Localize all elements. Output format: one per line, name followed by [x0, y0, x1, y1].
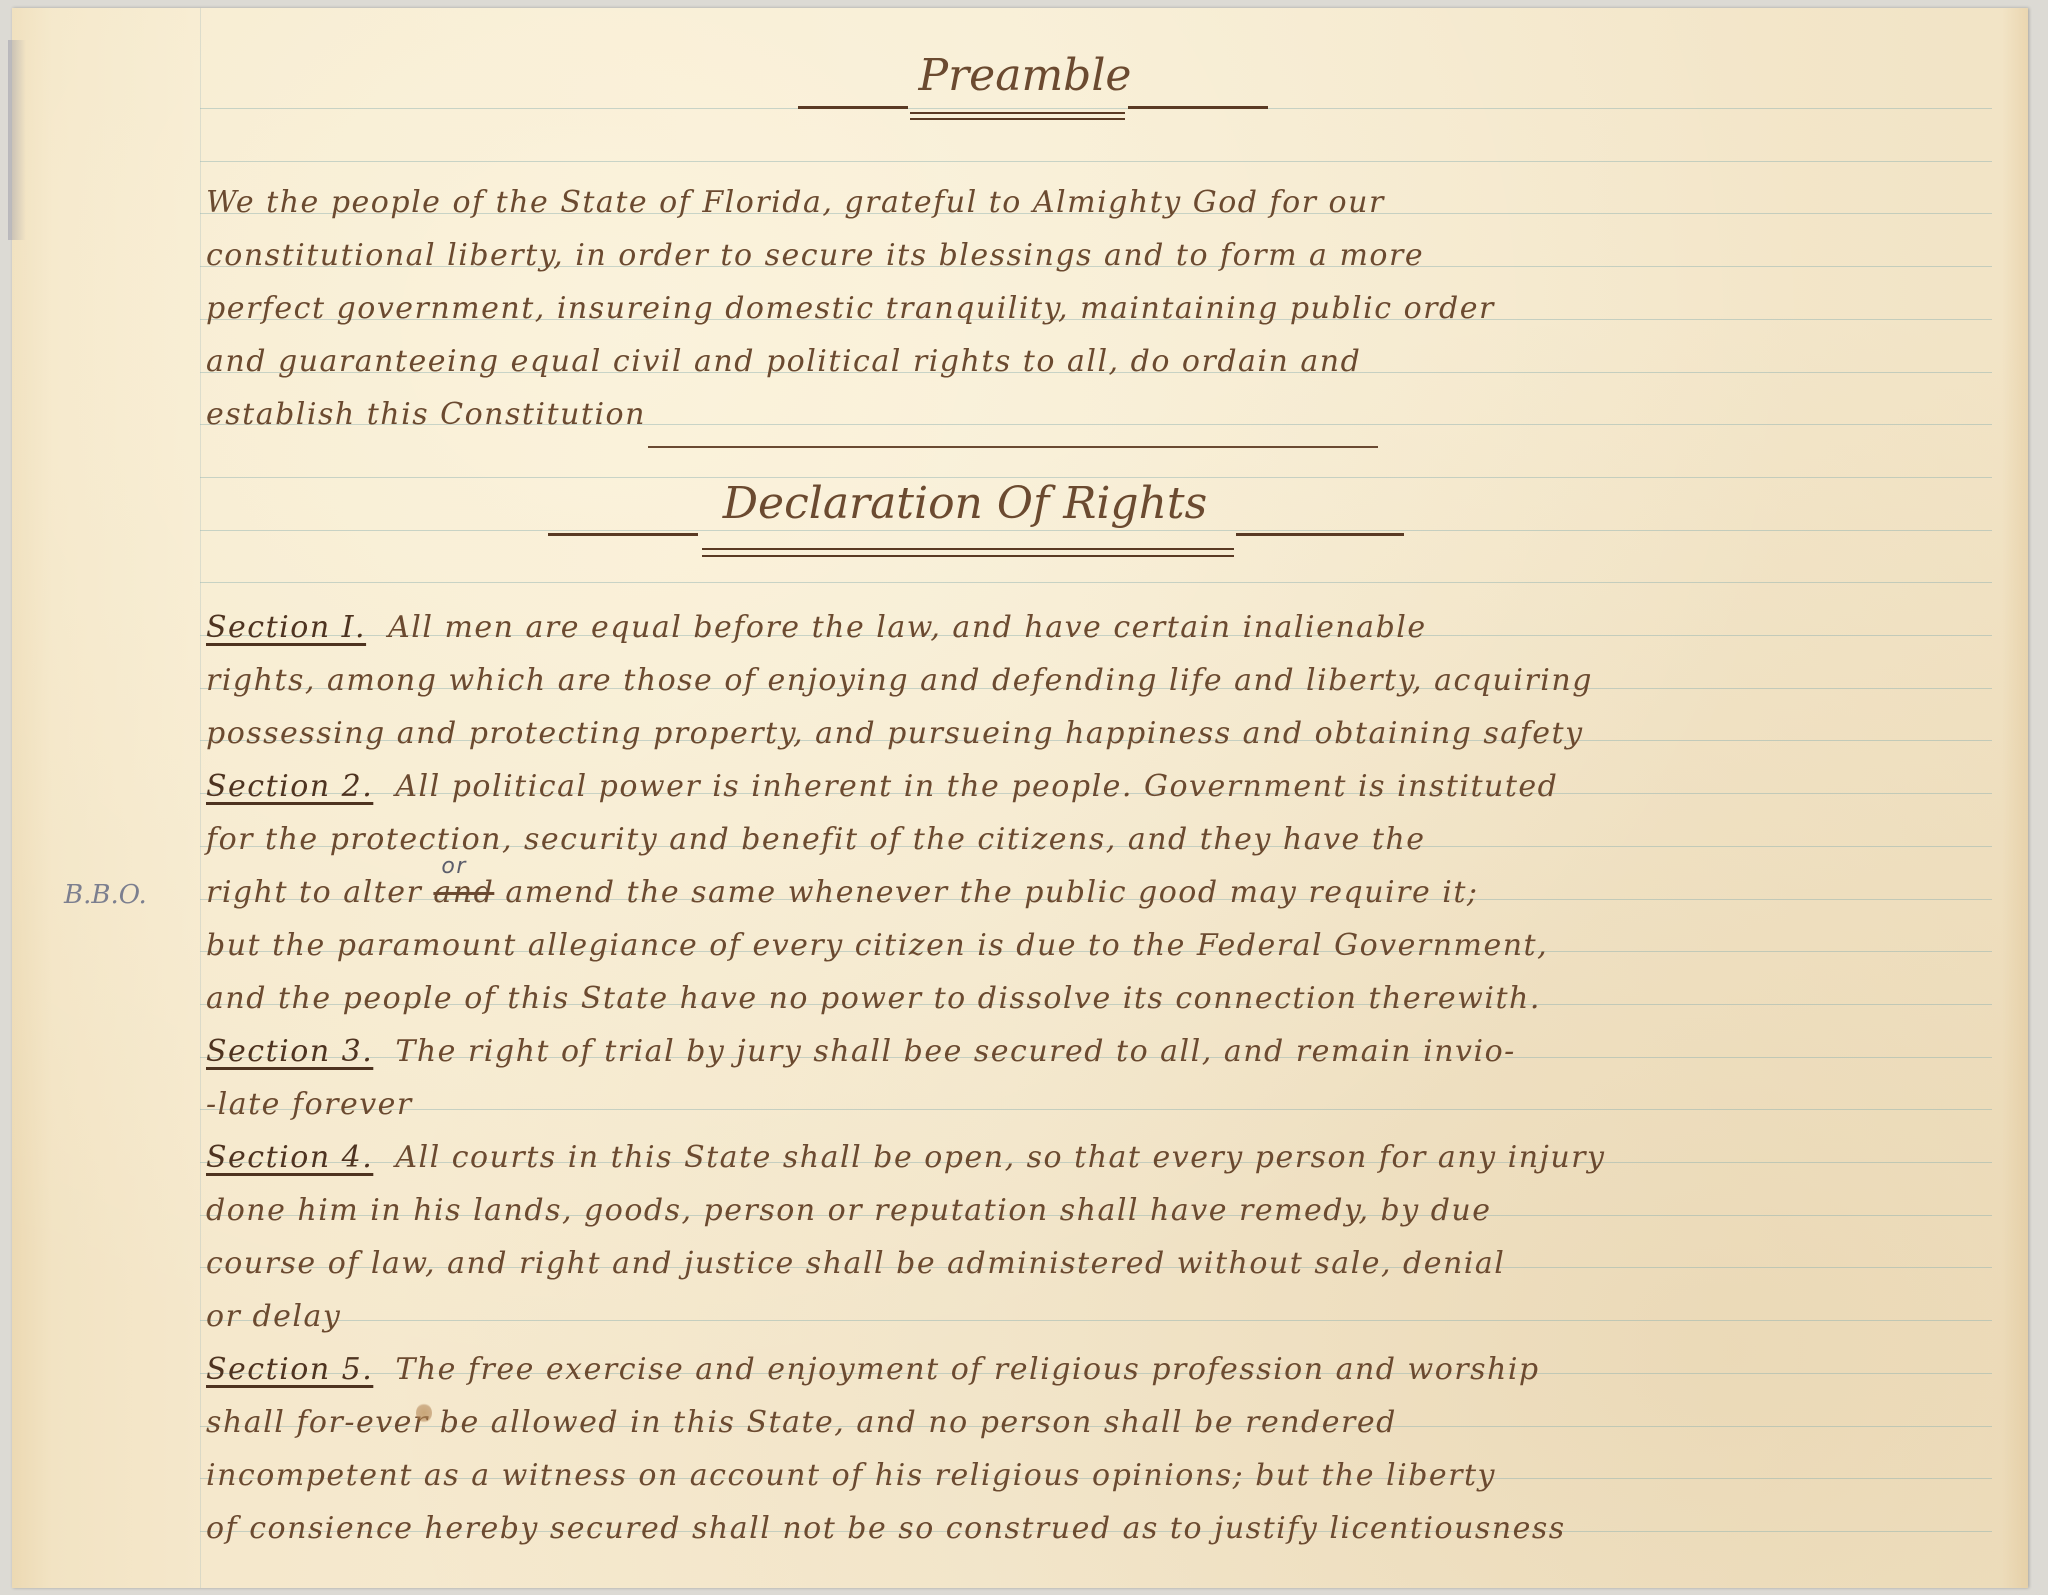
section-label: Section 4.: [206, 1140, 373, 1175]
preamble-heading: Preamble: [905, 50, 1145, 101]
section-label: Section 2.: [206, 769, 373, 804]
preamble-line: We the people of the State of Florida, g…: [206, 185, 1988, 221]
section-4-line: Section 4.All courts in this State shall…: [206, 1140, 1988, 1176]
correction: or and: [433, 875, 494, 911]
ruled-line: [200, 582, 1992, 583]
section-5-line: of consience hereby secured shall not be…: [206, 1511, 1988, 1547]
declaration-heading: Declaration Of Rights: [695, 478, 1235, 529]
margin-note: B.B.O.: [64, 880, 147, 910]
section-2-line: but the paramount allegiance of every ci…: [206, 928, 1988, 964]
section-text: All men are equal before the law, and ha…: [388, 610, 1427, 645]
heading-rule-left: [798, 106, 908, 109]
section-text: right to alter: [206, 875, 422, 910]
section-label: Section 3.: [206, 1034, 373, 1069]
ruled-line: [200, 161, 1992, 162]
inserted-word: or: [441, 849, 467, 885]
section-2-line: right to alter or and amend the same whe…: [206, 875, 1988, 911]
preamble-line: constitutional liberty, in order to secu…: [206, 238, 1988, 274]
section-text: All political power is inherent in the p…: [395, 769, 1558, 804]
heading-underline: [702, 548, 1234, 550]
section-4-line: course of law, and right and justice sha…: [206, 1246, 1988, 1282]
heading-rule-right: [1128, 106, 1268, 109]
section-2-line: for the protection, security and benefit…: [206, 822, 1988, 858]
heading-rule-right: [1236, 533, 1404, 536]
ruled-line: [200, 108, 1992, 109]
preamble-line: and guaranteeing equal civil and politic…: [206, 344, 1988, 380]
margin-line: [200, 8, 201, 1588]
heading-underline: [910, 118, 1125, 120]
section-text: The free exercise and enjoyment of relig…: [395, 1352, 1539, 1387]
section-3-line: Section 3.The right of trial by jury sha…: [206, 1034, 1988, 1070]
heading-underline: [702, 555, 1234, 557]
section-text: amend the same whenever the public good …: [505, 875, 1478, 910]
section-1-line: possessing and protecting property, and …: [206, 716, 1988, 752]
section-2-line: and the people of this State have no pow…: [206, 981, 1988, 1017]
preamble-line: perfect government, insureing domestic t…: [206, 291, 1988, 327]
section-5-line: incompetent as a witness on account of h…: [206, 1458, 1988, 1494]
ink-stain: [416, 1403, 432, 1423]
section-4-line: done him in his lands, goods, person or …: [206, 1193, 1988, 1229]
section-2-line: Section 2.All political power is inheren…: [206, 769, 1988, 805]
section-1-line: Section I.All men are equal before the l…: [206, 610, 1988, 646]
preamble-line: establish this Constitution: [206, 397, 1988, 433]
section-1-line: rights, among which are those of enjoyin…: [206, 663, 1988, 699]
torn-edge: [8, 40, 26, 240]
section-label: Section 5.: [206, 1352, 373, 1387]
heading-rule-left: [548, 533, 698, 536]
section-label: Section I.: [206, 610, 366, 645]
ruled-line: [200, 530, 1992, 531]
section-5-line: Section 5.The free exercise and enjoymen…: [206, 1352, 1988, 1388]
heading-underline: [910, 112, 1125, 114]
section-4-line: or delay: [206, 1299, 1988, 1335]
section-text: All courts in this State shall be open, …: [395, 1140, 1605, 1175]
section-separator: [648, 446, 1378, 448]
section-text: The right of trial by jury shall bee sec…: [395, 1034, 1516, 1069]
section-3-line: -late forever: [206, 1087, 1988, 1123]
section-5-line: shall for-ever be allowed in this State,…: [206, 1405, 1988, 1441]
